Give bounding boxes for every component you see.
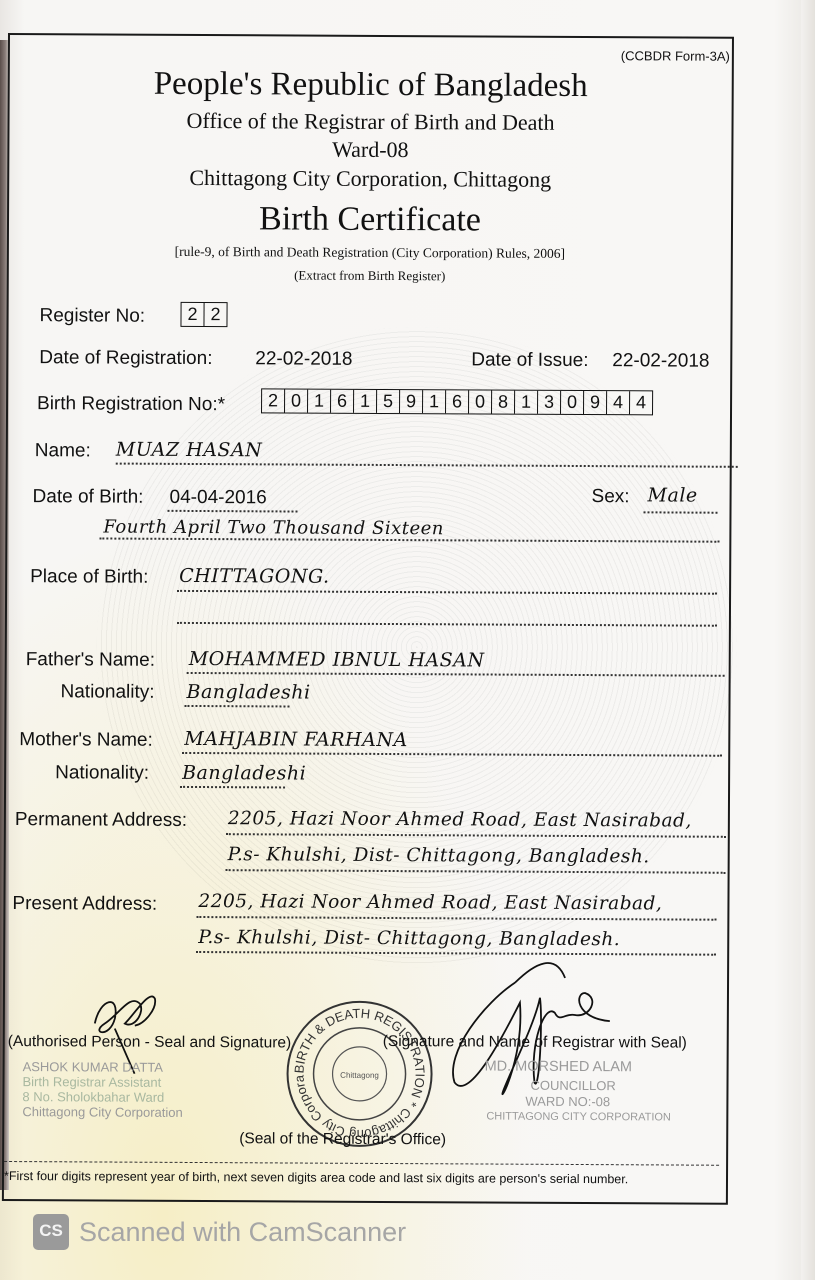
dob-in-words: Fourth April Two Thousand Sixteen — [103, 517, 444, 540]
digit-cell: 1 — [423, 390, 446, 413]
issue-date-label: Date of Issue: — [471, 349, 588, 372]
rule-reference: [rule-9, of Birth and Death Registration… — [9, 243, 731, 263]
mother-nationality-value: Bangladeshi — [182, 762, 306, 785]
registration-date-label: Date of Registration: — [39, 347, 212, 370]
digit-cell: 1 — [354, 390, 377, 413]
place-of-birth-label: Place of Birth: — [30, 566, 148, 589]
corporation-heading: Chittagong City Corporation, Chittagong — [9, 164, 731, 194]
issue-date-value: 22-02-2018 — [612, 350, 709, 373]
document-title: Birth Certificate — [9, 199, 731, 241]
digit-cell: 4 — [607, 391, 630, 414]
digit-cell: 9 — [400, 390, 423, 413]
digit-cell: 1 — [515, 391, 538, 414]
ward-heading: Ward-08 — [9, 135, 731, 165]
digit-cell: 6 — [331, 390, 354, 413]
permanent-address-label: Permanent Address: — [15, 809, 187, 832]
office-heading: Office of the Registrar of Birth and Dea… — [9, 107, 731, 137]
digit-cell: 0 — [285, 389, 308, 412]
sex-value: Male — [648, 484, 698, 506]
digit-cell: 4 — [630, 391, 652, 414]
office-seal-label: (Seal of the Registrar's Office) — [239, 1130, 446, 1149]
authorised-person-label: (Authorised Person - Seal and Signature) — [8, 1033, 292, 1052]
digit-cell: 1 — [308, 390, 331, 413]
dob-value: 04-04-2016 — [170, 487, 267, 510]
father-name-value: MOHAMMED IBNUL HASAN — [189, 648, 485, 672]
camscanner-watermark: CS Scanned with CamScanner — [33, 1214, 406, 1250]
digit-cell: 2 — [204, 303, 226, 326]
mother-nationality-label: Nationality: — [55, 762, 149, 784]
place-of-birth-value: CHITTAGONG. — [179, 565, 330, 588]
birth-registration-boxes: 20161591608130944 — [261, 388, 653, 415]
sex-label: Sex: — [592, 486, 630, 508]
present-address-label: Present Address: — [12, 893, 157, 916]
digit-cell: 8 — [492, 391, 515, 414]
digit-cell: 2 — [262, 389, 285, 412]
mother-name-label: Mother's Name: — [19, 729, 153, 752]
footnote: *First four digits represent year of bir… — [4, 1169, 628, 1186]
camscanner-text: Scanned with CamScanner — [79, 1217, 406, 1248]
digit-cell: 0 — [561, 391, 584, 414]
authorised-stamp-line-3: 8 No. Sholokbahar Ward — [22, 1089, 164, 1105]
registrar-stamp-ward: WARD NO:-08 — [525, 1094, 610, 1109]
camscanner-logo-icon: CS — [33, 1214, 69, 1250]
page-right-edge — [801, 0, 815, 1280]
name-value: MUAZ HASAN — [116, 439, 263, 462]
extract-note: (Extract from Birth Register) — [9, 266, 731, 286]
register-no-boxes: 22 — [180, 302, 227, 327]
present-address-line-1: 2205, Hazi Noor Ahmed Road, East Nasirab… — [198, 891, 662, 914]
form-code: (CCBDR Form-3A) — [621, 48, 730, 64]
authorised-stamp-line-4: Chittagong City Corporation — [22, 1104, 182, 1120]
register-no-label: Register No: — [39, 305, 145, 328]
country-heading: People's Republic of Bangladesh — [10, 65, 732, 106]
dob-label: Date of Birth: — [33, 486, 144, 509]
digit-cell: 2 — [181, 303, 204, 326]
permanent-address-line-1: 2205, Hazi Noor Ahmed Road, East Nasirab… — [228, 808, 692, 831]
permanent-address-line-2: P.s- Khulshi, Dist- Chittagong, Banglade… — [228, 844, 650, 867]
digit-cell: 6 — [446, 390, 469, 413]
registrar-stamp-title: COUNCILLOR — [530, 1078, 615, 1093]
registration-date-value: 22-02-2018 — [255, 348, 352, 371]
registrar-stamp-name: MD. MORSHED ALAM — [485, 1060, 633, 1076]
sex-line — [643, 511, 717, 513]
digit-cell: 9 — [584, 391, 607, 414]
authorised-stamp-line-1: ASHOK KUMAR DATTA — [23, 1059, 163, 1075]
name-label: Name: — [35, 440, 91, 462]
seal-center-text: Chittagong — [340, 1071, 379, 1080]
certificate-frame: (CCBDR Form-3A) People's Republic of Ban… — [2, 33, 734, 1205]
mother-name-value: MAHJABIN FARHANA — [184, 728, 408, 751]
authorised-stamp-line-2: Birth Registrar Assistant — [22, 1074, 161, 1090]
registrar-stamp-corporation: CHITTAGONG CITY CORPORATION — [486, 1110, 671, 1126]
digit-cell: 0 — [469, 390, 492, 413]
digit-cell: 3 — [538, 391, 561, 414]
birth-registration-label: Birth Registration No:* — [37, 393, 225, 416]
registrar-office-seal: BIRTH & DEATH REGISTRATION * Chittagong … — [285, 999, 434, 1148]
registrar-label: (Signature and Name of Registrar with Se… — [383, 1033, 687, 1053]
father-nationality-value: Bangladeshi — [186, 681, 310, 704]
footnote-separator — [4, 1161, 719, 1166]
father-nationality-label: Nationality: — [60, 681, 154, 703]
digit-cell: 5 — [377, 390, 400, 413]
father-name-label: Father's Name: — [26, 649, 155, 672]
